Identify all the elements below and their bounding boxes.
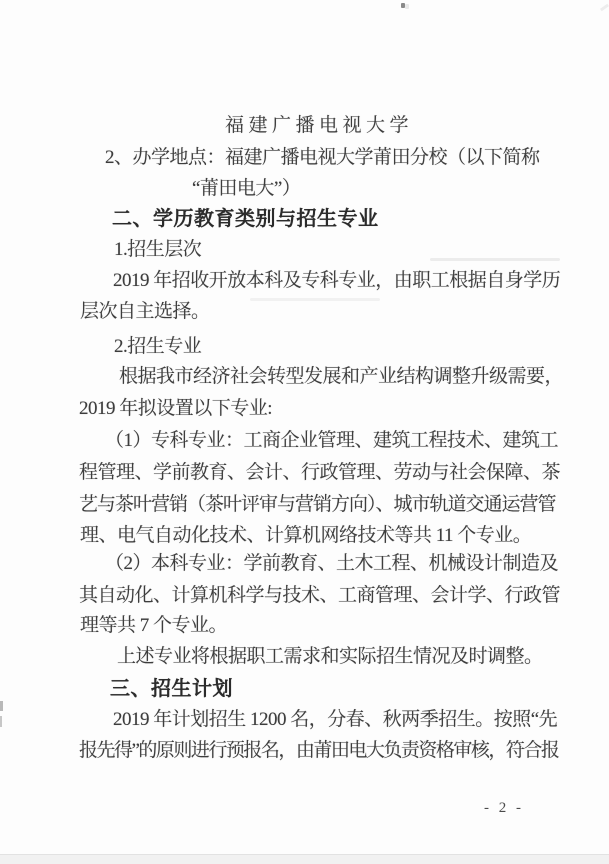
line-benke-majors-2: 其自动化、计算机科学与技术、工商管理、会计学、行政管 <box>79 586 560 605</box>
line-university-name: 福建广播电视大学 <box>225 116 413 135</box>
line-location-abbreviation: “莆田电大”） <box>192 179 300 198</box>
scan-left-edge-artifact-2 <box>0 716 2 727</box>
line-majors-intro-1: 根据我市经济社会转型发展和产业结构调整升级需要， <box>119 367 563 386</box>
line-benke-majors-1: （2）本科专业：学前教育、土木工程、机械设计制造及 <box>105 554 558 573</box>
scan-speck-artifact <box>401 3 405 8</box>
scan-bottom-edge <box>0 854 609 864</box>
scan-smudge-artifact <box>430 258 560 261</box>
line-zhuanke-majors-1: （1）专科专业：工商企业管理、建筑工程技术、建筑工 <box>105 431 558 450</box>
scan-left-edge-artifact <box>0 701 3 711</box>
scanned-document-page: 福建广播电视大学 2、办学地点：福建广播电视大学莆田分校（以下简称 “莆田电大”… <box>0 0 609 864</box>
line-majors-intro-2: 2019 年拟设置以下专业: <box>79 399 272 418</box>
line-enrollment-level-label: 1.招生层次 <box>114 240 201 259</box>
line-enrollment-level-text-1: 2019 年招收开放本科及专科专业，由职工根据自身学历 <box>113 271 560 290</box>
line-enrollment-majors-label: 2.招生专业 <box>114 337 201 356</box>
line-zhuanke-majors-2: 程管理、学前教育、会计、行政管理、劳动与社会保障、茶 <box>79 463 560 482</box>
heading-section-three-enrollment-plan: 三、招生计划 <box>110 679 233 699</box>
line-zhuanke-majors-3: 艺与茶叶营销（茶叶评审与营销方向）、城市轨道交通运营管 <box>79 495 556 514</box>
line-adjustment-note: 上述专业将根据职工需求和实际招生情况及时调整。 <box>117 647 543 666</box>
line-plan-text-1: 2019 年计划招生 1200 名，分春、秋两季招生。按照“先 <box>113 710 557 729</box>
line-plan-text-2: 报先得”的原则进行预报名，由莆田电大负责资格审核，符合报 <box>79 741 558 760</box>
heading-section-two-education-categories: 二、学历教育类别与招生专业 <box>112 209 379 229</box>
scan-corner-artifact <box>600 4 609 12</box>
line-item2-school-location: 2、办学地点：福建广播电视大学莆田分校（以下简称 <box>105 148 540 167</box>
page-number: - 2 - <box>484 800 524 817</box>
line-zhuanke-majors-4: 理、电气自动化技术、计算机网络技术等共 11 个专业。 <box>80 526 531 545</box>
line-enrollment-level-text-2: 层次自主选择。 <box>80 302 210 321</box>
line-benke-majors-3: 理等共 7 个专业。 <box>80 616 227 635</box>
